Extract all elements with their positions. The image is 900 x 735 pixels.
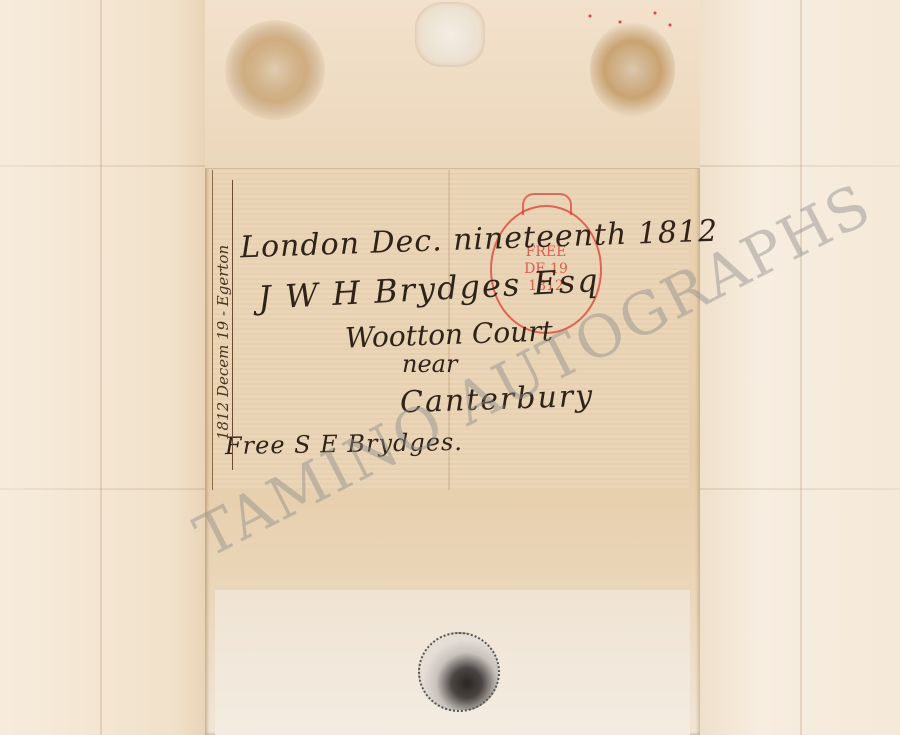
wax-seal-stain-left [225,20,325,120]
black-wax-seal [418,632,500,712]
docket-rule-line [232,180,233,470]
left-fold-leaf [0,0,205,735]
vertical-crease [800,0,802,735]
docket-note: 1812 Decem 19 - Egerton [214,245,232,440]
wax-seal-stain-right [590,22,675,117]
embossed-seal-mark [415,2,485,67]
vertical-crease [100,0,102,735]
crown-icon [522,193,572,215]
